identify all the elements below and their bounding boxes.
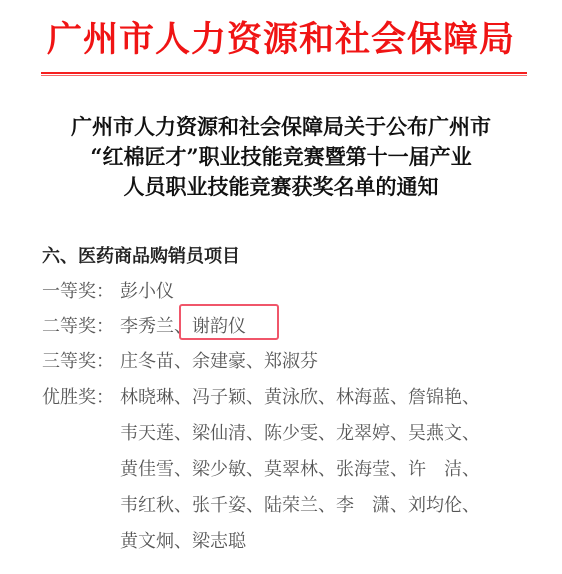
- letterhead-divider-shadow: [41, 75, 527, 76]
- award-label: 优胜奖：: [42, 386, 120, 410]
- award-label: 三等奖：: [42, 350, 120, 374]
- excellence-names-line-4: 韦红秋、张千姿、陆荣兰、李 潇、刘均伦、: [120, 494, 480, 518]
- notice-title-line-1: 广州市人力资源和社会保障局关于公布广州市: [0, 112, 562, 142]
- award-label: 一等奖：: [42, 280, 120, 304]
- award-row-excellence: 优胜奖：林晓琳、冯子颖、黄泳欣、林海蓝、詹锦艳、: [42, 386, 480, 410]
- award-names: 庄冬苗、余建豪、郑淑芬: [120, 350, 318, 374]
- excellence-names-line-5: 黄文炯、梁志聪: [120, 530, 246, 554]
- highlight-box: [179, 304, 279, 340]
- award-label: 二等奖：: [42, 315, 120, 339]
- letterhead-divider: [41, 72, 527, 74]
- award-row-first: 一等奖：彭小仪: [42, 280, 174, 304]
- section-heading: 六、医药商品购销员项目: [42, 245, 240, 269]
- notice-title-line-2: “红棉匠才”职业技能竞赛暨第十一届产业: [0, 142, 562, 172]
- notice-title-line-3: 人员职业技能竞赛获奖名单的通知: [0, 172, 562, 202]
- letterhead-title: 广州市人力资源和社会保障局: [0, 18, 562, 62]
- award-names: 彭小仪: [120, 280, 174, 304]
- excellence-names-line-3: 黄佳雪、梁少敏、莫翠林、张海莹、许 洁、: [120, 458, 480, 482]
- award-row-third: 三等奖：庄冬苗、余建豪、郑淑芬: [42, 350, 318, 374]
- award-names: 林晓琳、冯子颖、黄泳欣、林海蓝、詹锦艳、: [120, 386, 480, 410]
- notice-title: 广州市人力资源和社会保障局关于公布广州市 “红棉匠才”职业技能竞赛暨第十一届产业…: [0, 112, 562, 202]
- excellence-names-line-2: 韦天莲、梁仙清、陈少雯、龙翠婷、吴燕文、: [120, 422, 480, 446]
